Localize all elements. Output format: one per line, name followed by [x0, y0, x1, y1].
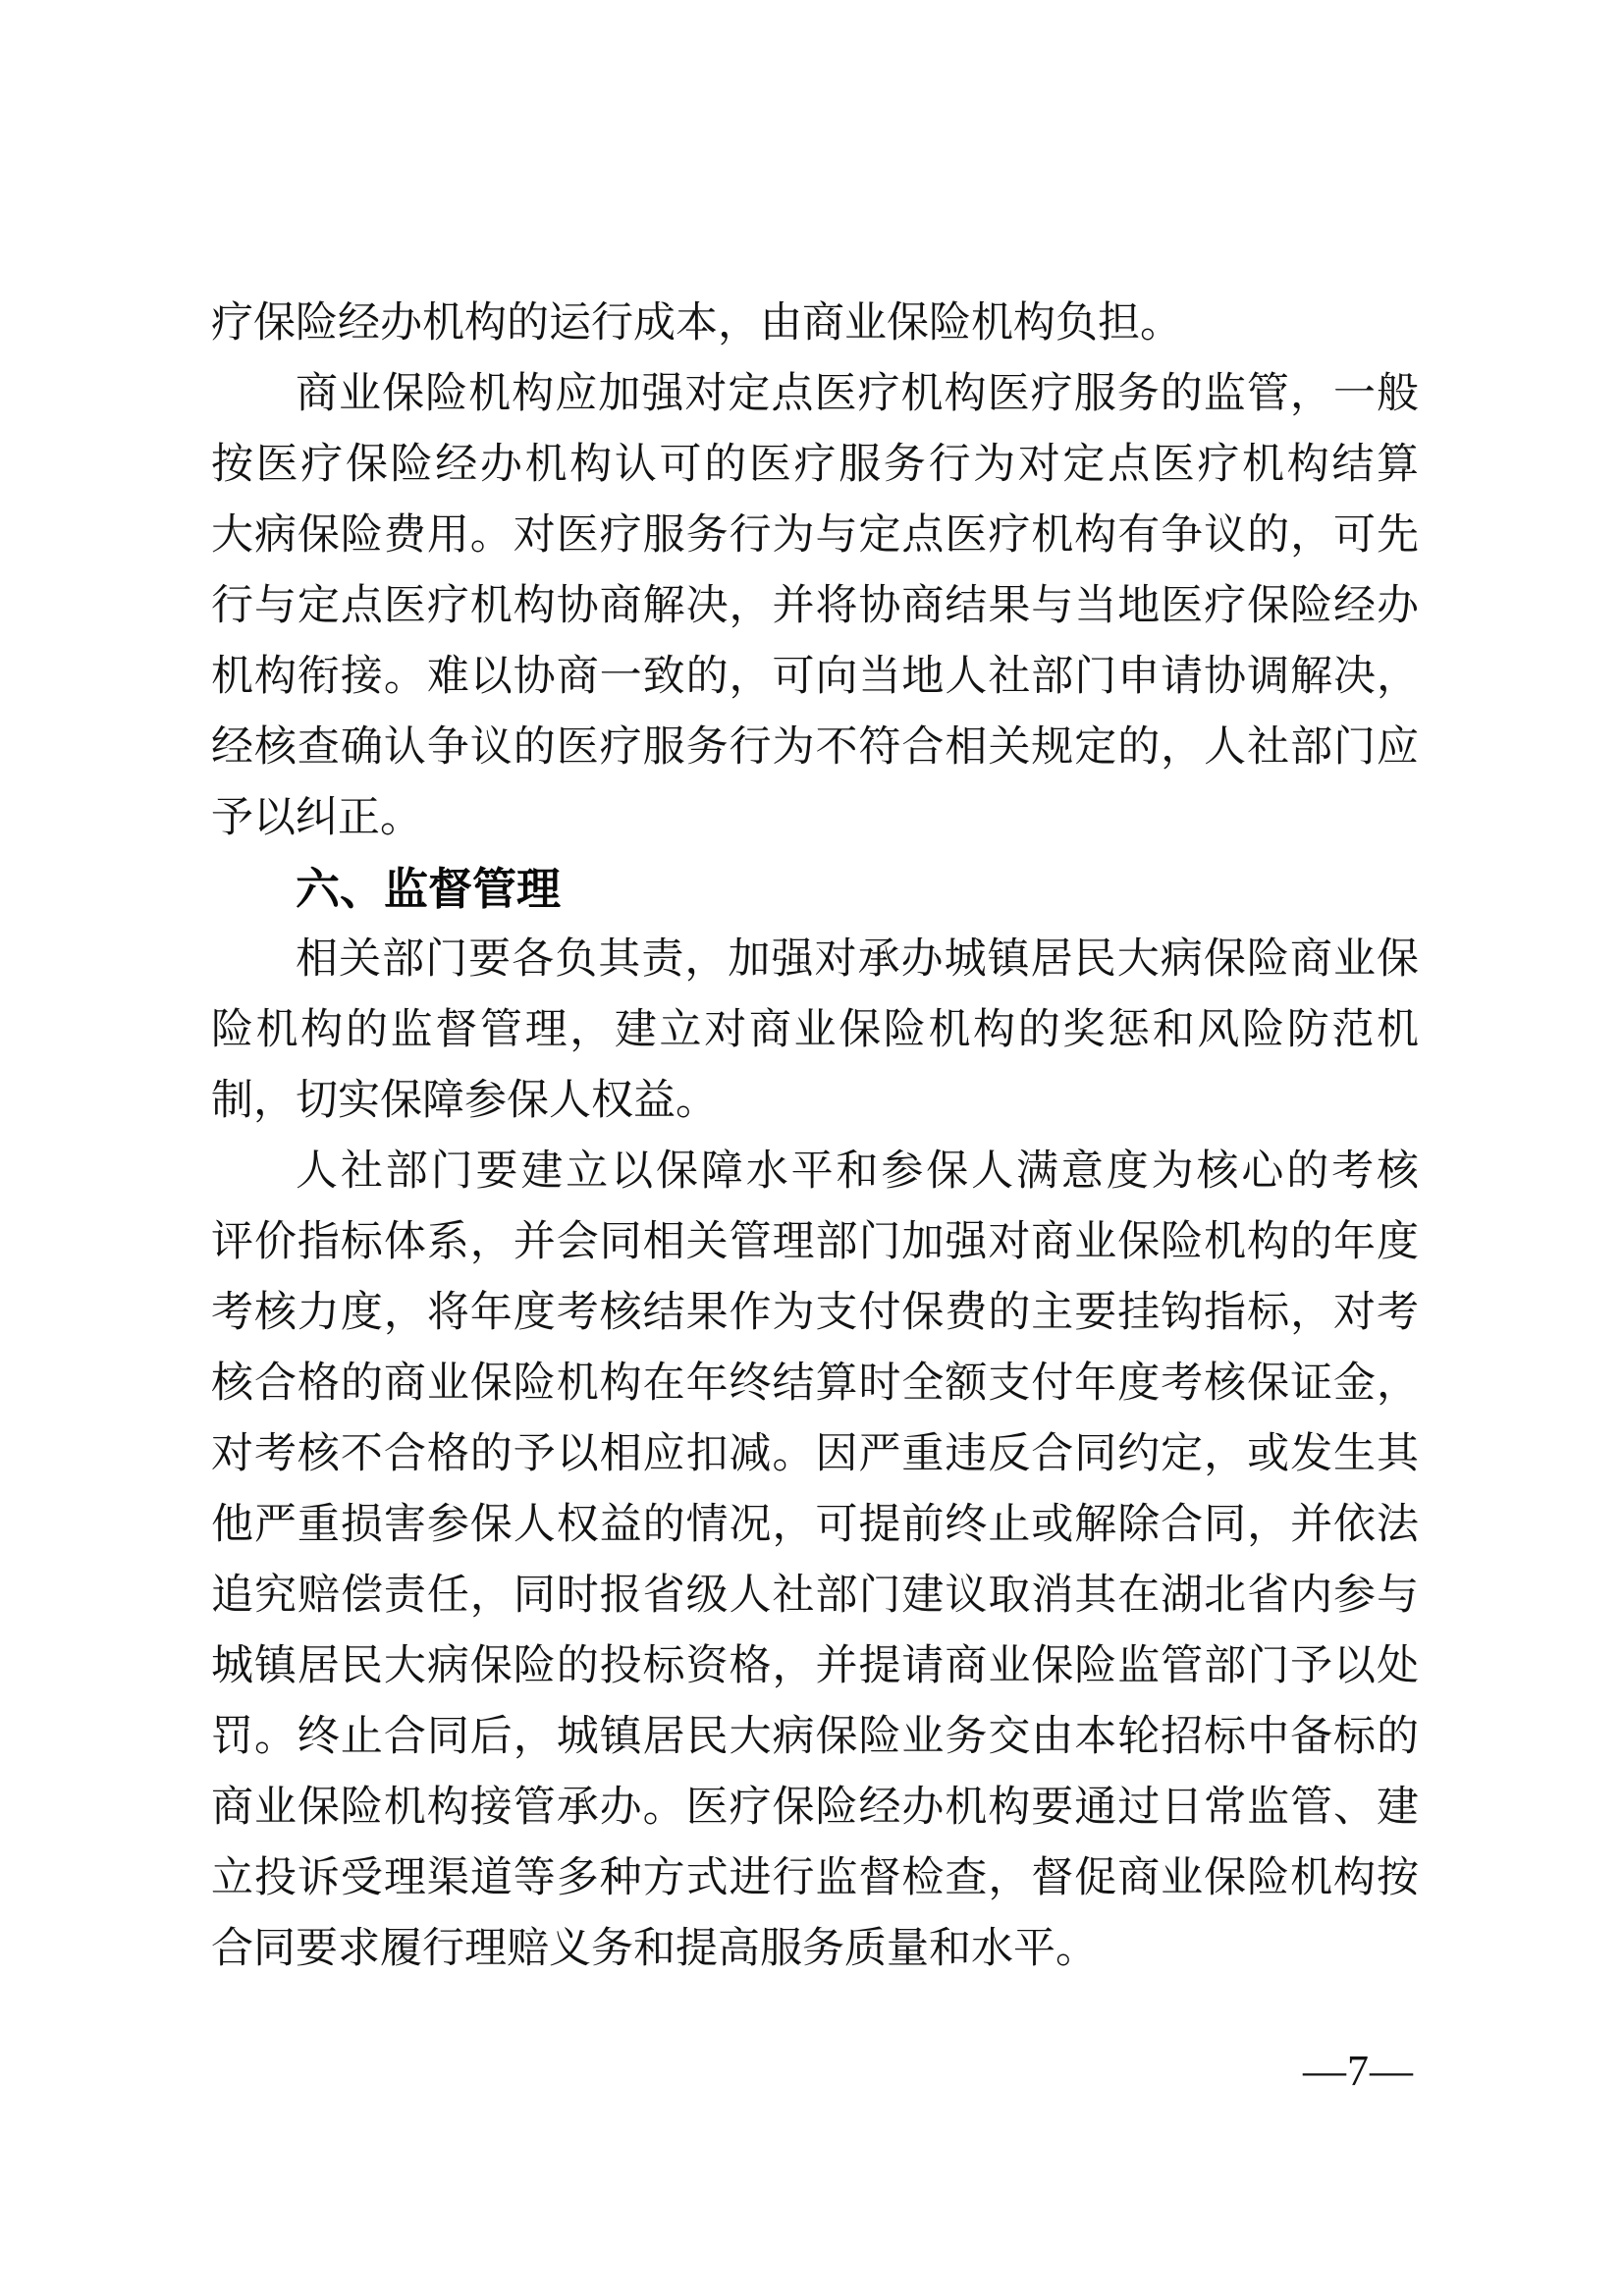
page-number: —7— [1303, 2046, 1414, 2097]
text-line: 大病保险费用。对医疗服务行为与定点医疗机构有争议的，可先 [211, 501, 1419, 571]
document-body: 疗保险经办机构的运行成本，由商业保险机构负担。商业保险机构应加强对定点医疗机构医… [211, 289, 1419, 1985]
text-line: 考核力度，将年度考核结果作为支付保费的主要挂钩指标，对考 [211, 1278, 1419, 1349]
text-line: 行与定点医疗机构协商解决，并将协商结果与当地医疗保险经办 [211, 571, 1419, 642]
text-line: 追究赔偿责任，同时报省级人社部门建议取消其在湖北省内参与 [211, 1561, 1419, 1631]
text-line: 六、监督管理 [211, 854, 1419, 925]
document-page: 疗保险经办机构的运行成本，由商业保险机构负担。商业保险机构应加强对定点医疗机构医… [0, 0, 1623, 2296]
text-line: 核合格的商业保险机构在年终结算时全额支付年度考核保证金， [211, 1349, 1419, 1419]
text-line: 经核查确认争议的医疗服务行为不符合相关规定的，人社部门应 [211, 713, 1419, 783]
text-line: 制，切实保障参保人权益。 [211, 1066, 1419, 1137]
text-line: 城镇居民大病保险的投标资格，并提请商业保险监管部门予以处 [211, 1631, 1419, 1702]
text-line: 罚。终止合同后，城镇居民大病保险业务交由本轮招标中备标的 [211, 1702, 1419, 1773]
text-line: 险机构的监督管理，建立对商业保险机构的奖惩和风险防范机 [211, 995, 1419, 1066]
text-line: 机构衔接。难以协商一致的，可向当地人社部门申请协调解决， [211, 642, 1419, 713]
text-line: 立投诉受理渠道等多种方式进行监督检查，督促商业保险机构按 [211, 1843, 1419, 1914]
text-line: 对考核不合格的予以相应扣减。因严重违反合同约定，或发生其 [211, 1419, 1419, 1490]
text-line: 商业保险机构接管承办。医疗保险经办机构要通过日常监管、建 [211, 1773, 1419, 1843]
text-line: 人社部门要建立以保障水平和参保人满意度为核心的考核 [211, 1137, 1419, 1207]
text-line: 予以纠正。 [211, 783, 1419, 854]
text-line: 按医疗保险经办机构认可的医疗服务行为对定点医疗机构结算 [211, 430, 1419, 501]
text-line: 评价指标体系，并会同相关管理部门加强对商业保险机构的年度 [211, 1207, 1419, 1278]
text-line: 相关部门要各负其责，加强对承办城镇居民大病保险商业保 [211, 925, 1419, 995]
text-line: 合同要求履行理赔义务和提高服务质量和水平。 [211, 1914, 1419, 1985]
text-line: 疗保险经办机构的运行成本，由商业保险机构负担。 [211, 289, 1419, 359]
text-line: 商业保险机构应加强对定点医疗机构医疗服务的监管，一般 [211, 359, 1419, 430]
text-line: 他严重损害参保人权益的情况，可提前终止或解除合同，并依法 [211, 1490, 1419, 1561]
